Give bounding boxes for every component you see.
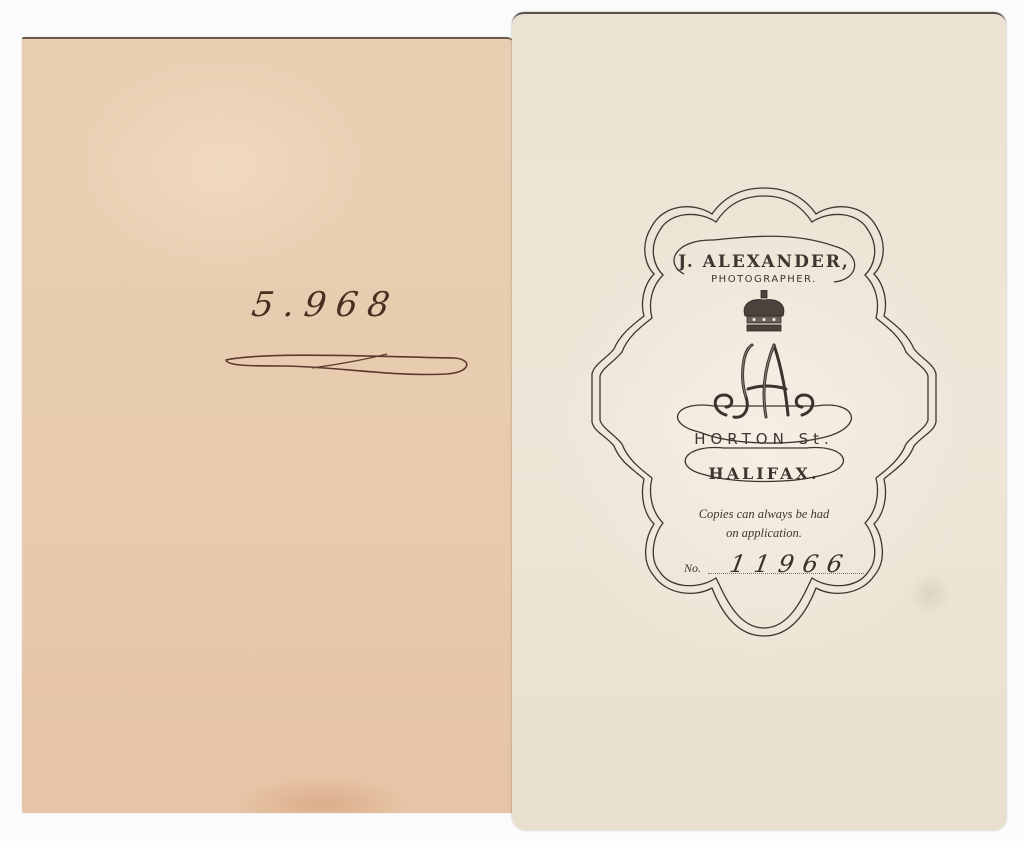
right-card-back: J. ALEXANDER, PHOTOGRAPHER. HORTON St.	[512, 12, 1006, 830]
underline-flourish-icon	[222, 344, 472, 384]
photographer-name: J. ALEXANDER,	[584, 252, 944, 272]
photographer-backmark: J. ALEXANDER, PHOTOGRAPHER. HORTON St.	[584, 174, 944, 654]
handwritten-number: 5.968	[249, 285, 402, 325]
copies-note-line1: Copies can always be had	[584, 507, 944, 522]
number-label: No.	[684, 561, 701, 576]
negative-number-value: 11966	[728, 550, 854, 578]
street-address: HORTON St.	[584, 430, 944, 448]
copies-note-line2: on application.	[584, 526, 944, 541]
negative-number-row: No. 11966	[684, 552, 864, 578]
town-name: HALIFAX.	[584, 464, 944, 483]
photographer-title: PHOTOGRAPHER.	[584, 274, 944, 285]
crown-icon	[739, 290, 789, 334]
left-card-back: 5.968	[22, 37, 513, 813]
ja-monogram-icon	[704, 339, 824, 429]
